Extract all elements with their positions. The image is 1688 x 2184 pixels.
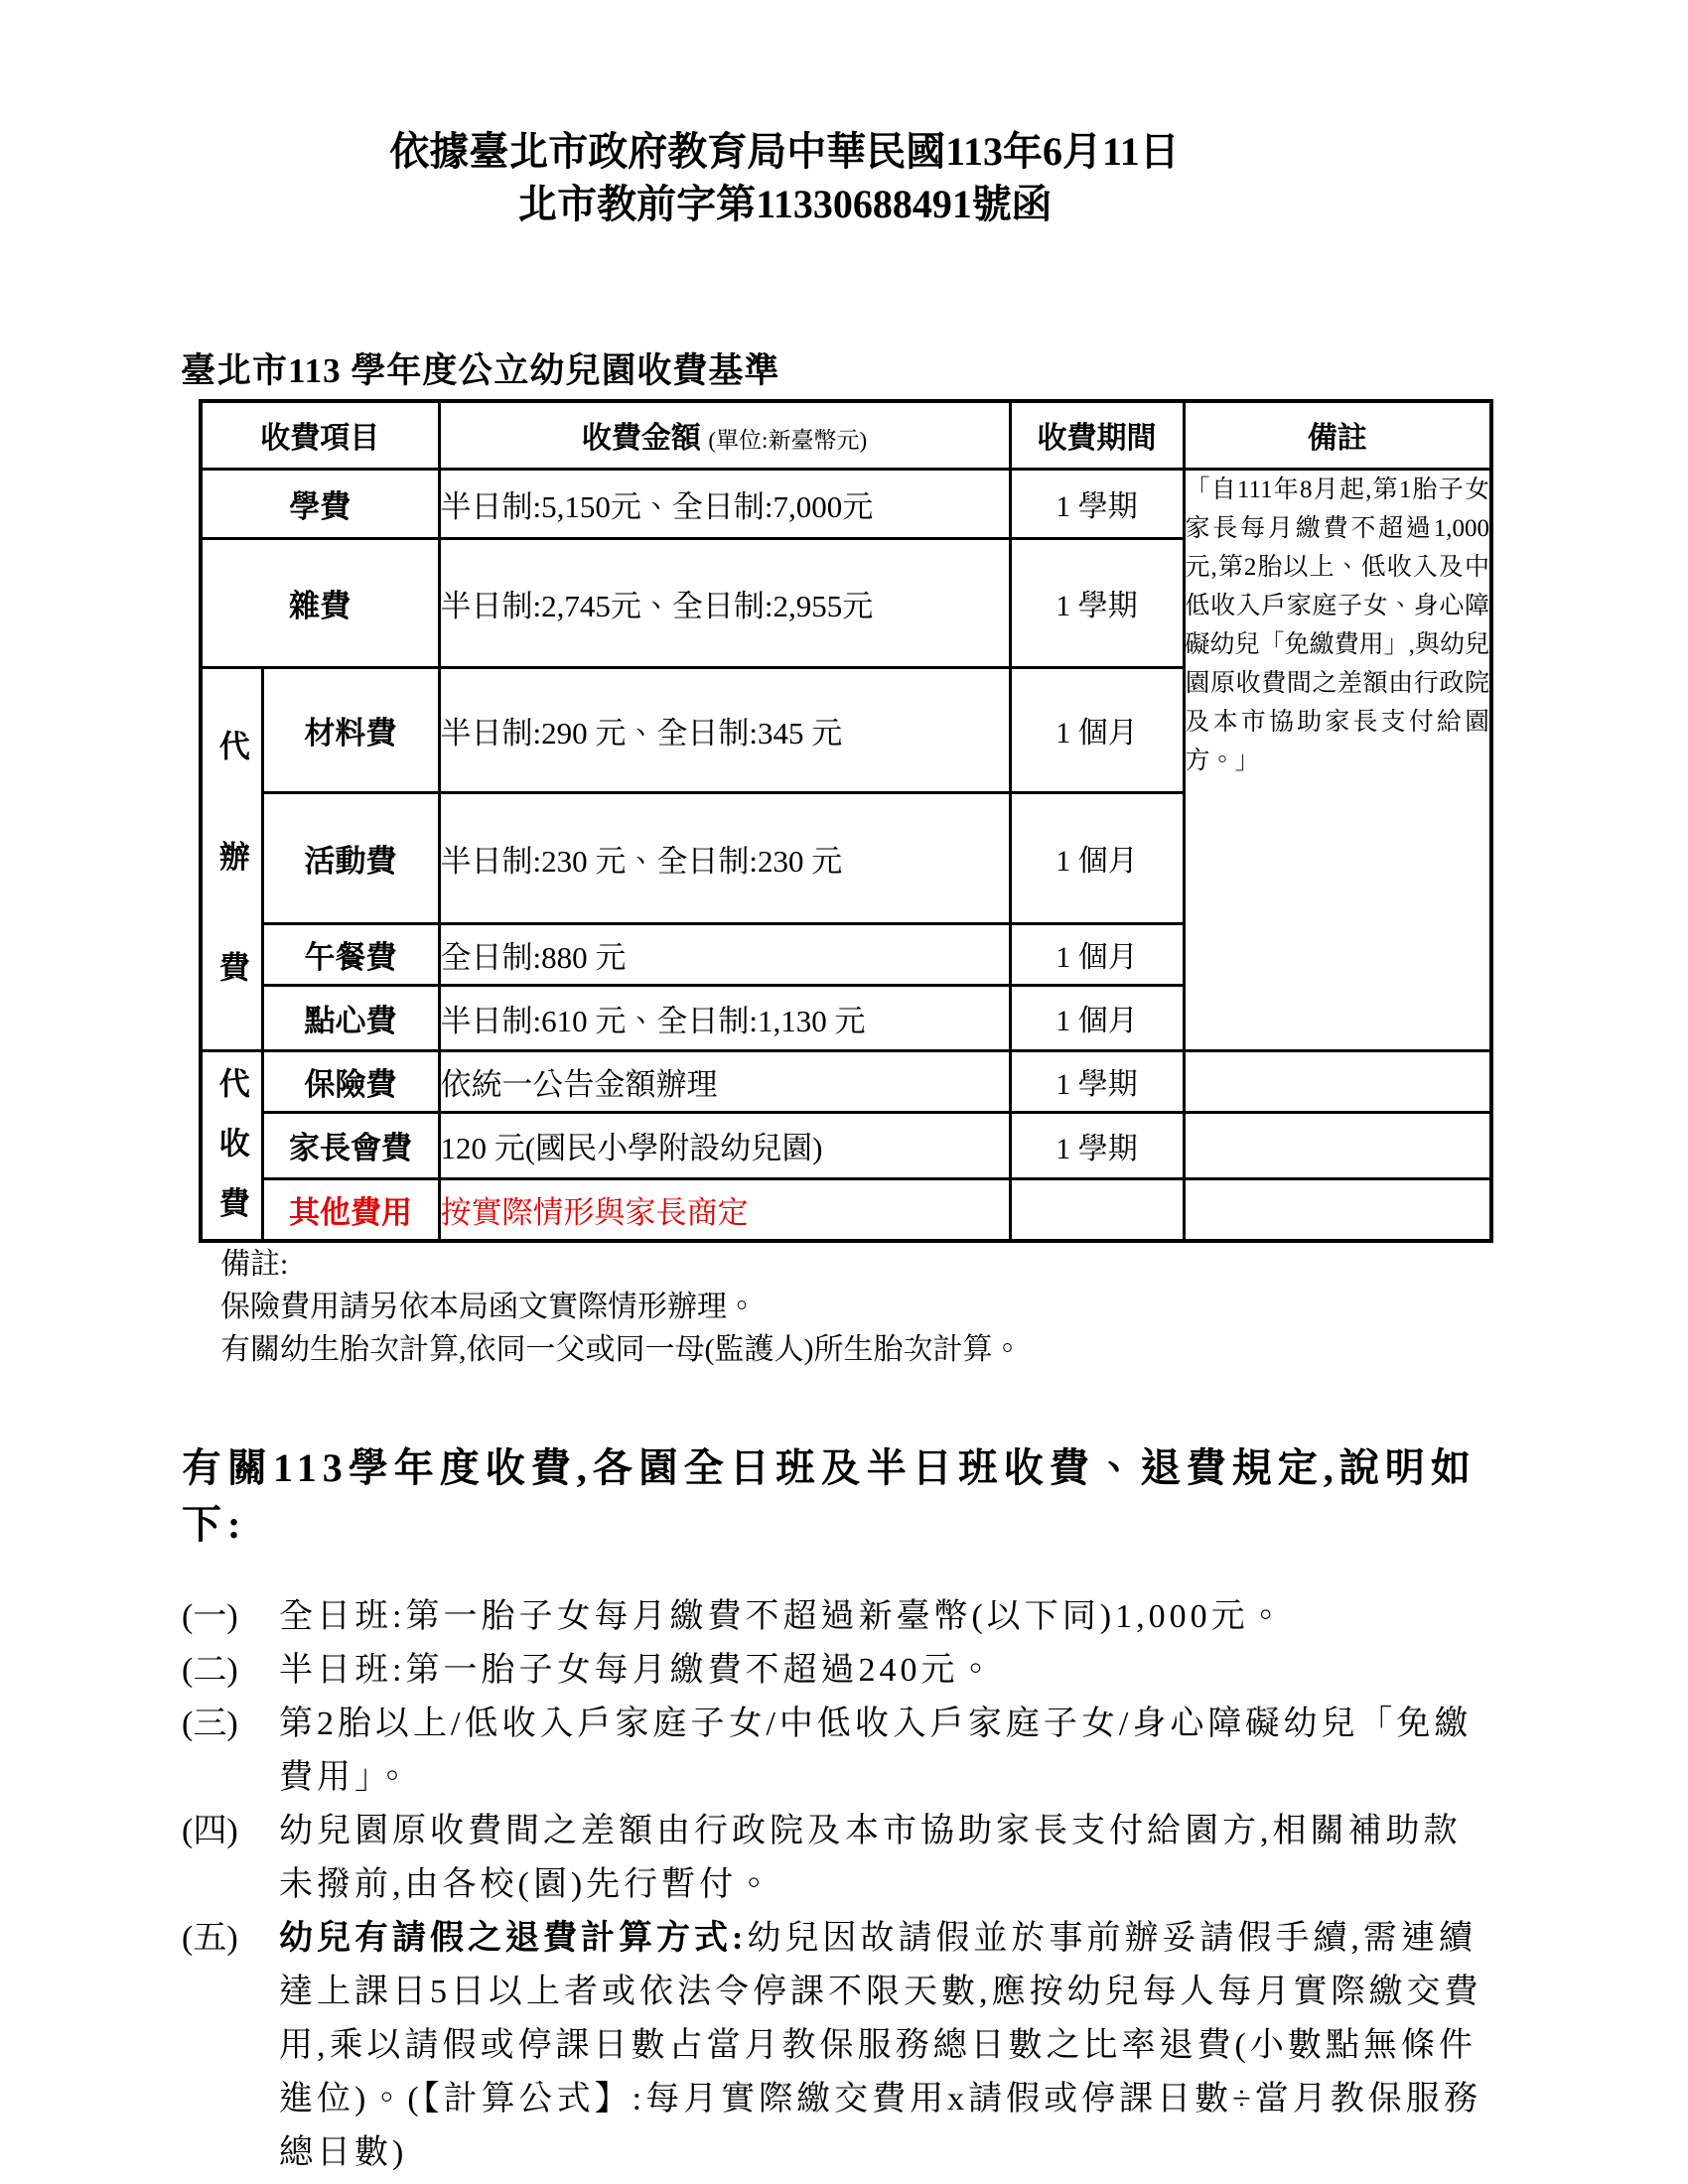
fee-amount: 120 元(國民小學附設幼兒園) — [439, 1112, 1010, 1178]
list-item-marker: (一) — [182, 1590, 279, 1644]
fee-amount: 半日制:290 元、全日制:345 元 — [439, 667, 1010, 792]
fee-item-label: 其他費用 — [262, 1178, 439, 1241]
regulations-list: (一) 全日班:第一胎子女每月繳費不超過新臺幣(以下同)1,000元。 (二) … — [182, 1590, 1489, 2180]
fee-item-label: 保險費 — [262, 1050, 439, 1112]
col-header-note: 備註 — [1184, 401, 1491, 469]
list-item-body: 半日班:第一胎子女每月繳費不超過240元。 — [279, 1652, 996, 1689]
remark-empty-cell — [1184, 1178, 1491, 1241]
list-item: (一) 全日班:第一胎子女每月繳費不超過新臺幣(以下同)1,000元。 — [182, 1590, 1489, 1644]
fee-period: 1 個月 — [1010, 792, 1184, 923]
regulations-heading: 有關113學年度收費,各園全日班及半日班收費、退費規定,說明如 下: — [182, 1439, 1489, 1553]
list-item-marker: (五) — [182, 1912, 279, 2180]
fee-amount: 半日制:230 元、全日制:230 元 — [439, 792, 1010, 923]
fee-period — [1010, 1178, 1184, 1241]
fee-amount: 依統一公告金額辦理 — [439, 1050, 1010, 1112]
list-item-text: 半日班:第一胎子女每月繳費不超過240元。 — [279, 1644, 1489, 1698]
list-item-lead: 幼兒有請假之退費計算方式: — [279, 1920, 747, 1957]
group-label-collected-on-behalf: 代收費 — [201, 1050, 262, 1241]
list-item: (四) 幼兒園原收費間之差額由行政院及本市協助家長支付給園方,相關補助款未撥前,… — [182, 1805, 1489, 1912]
fee-item-label: 點心費 — [262, 985, 439, 1050]
list-item-text: 第2胎以上/低收入戶家庭子女/中低收入戶家庭子女/身心障礙幼兒「免繳費用」。 — [279, 1698, 1489, 1805]
fee-period: 1 學期 — [1010, 1112, 1184, 1178]
col-header-amount: 收費金額 (單位:新臺幣元) — [439, 401, 1010, 469]
list-item-body: 全日班:第一胎子女每月繳費不超過新臺幣(以下同)1,000元。 — [279, 1598, 1287, 1635]
regulations-heading-line2: 下: — [182, 1496, 1489, 1553]
fee-item-label: 學費 — [201, 469, 439, 538]
fee-item-label: 雜費 — [201, 538, 439, 667]
footnote-title: 備註: — [220, 1243, 1022, 1286]
fee-amount: 全日制:880 元 — [439, 923, 1010, 985]
document-title: 依據臺北市政府教育局中華民國113年6月11日 北市教前字第1133068849… — [149, 125, 1420, 230]
list-item-marker: (三) — [182, 1698, 279, 1805]
group-label-agency-handled-text: 代辦費 — [216, 730, 247, 1050]
fee-item-label: 午餐費 — [262, 923, 439, 985]
remark-cell: 「自111年8月起,第1胎子女家長每月繳費不超過1,000元,第2胎以上、低收入… — [1184, 469, 1491, 1050]
fee-item-label: 材料費 — [262, 667, 439, 792]
document-title-line2: 北市教前字第11330688491號函 — [149, 178, 1420, 230]
list-item: (五) 幼兒有請假之退費計算方式:幼兒因故請假並於事前辦妥請假手續,需連續達上課… — [182, 1912, 1489, 2180]
col-header-amount-unit: (單位:新臺幣元) — [708, 428, 867, 453]
fee-item-label: 活動費 — [262, 792, 439, 923]
table-header-row: 收費項目 收費金額 (單位:新臺幣元) 收費期間 備註 — [201, 401, 1491, 469]
fee-period: 1 學期 — [1010, 469, 1184, 538]
fee-amount: 半日制:2,745元、全日制:2,955元 — [439, 538, 1010, 667]
col-header-period: 收費期間 — [1010, 401, 1184, 469]
remark-empty-cell — [1184, 1112, 1491, 1178]
group-label-collected-on-behalf-text: 代收費 — [216, 1067, 247, 1241]
list-item-marker: (二) — [182, 1644, 279, 1698]
fee-amount: 半日制:5,150元、全日制:7,000元 — [439, 469, 1010, 538]
fee-table-heading: 臺北市113 學年度公立幼兒園收費基準 — [181, 343, 779, 393]
group-label-agency-handled: 代辦費 — [201, 667, 262, 1050]
table-row-other-fees: 其他費用 按實際情形與家長商定 — [201, 1178, 1491, 1241]
remark-empty-cell — [1184, 1050, 1491, 1112]
list-item-text: 全日班:第一胎子女每月繳費不超過新臺幣(以下同)1,000元。 — [279, 1590, 1489, 1644]
col-header-amount-label: 收費金額 — [582, 422, 701, 455]
fee-period: 1 個月 — [1010, 667, 1184, 792]
fee-period: 1 個月 — [1010, 985, 1184, 1050]
list-item-marker: (四) — [182, 1805, 279, 1912]
list-item: (三) 第2胎以上/低收入戶家庭子女/中低收入戶家庭子女/身心障礙幼兒「免繳費用… — [182, 1698, 1489, 1805]
table-footnotes: 備註: 保險費用請另依本局函文實際情形辦理。 有關幼生胎次計算,依同一父或同一母… — [220, 1243, 1022, 1371]
fee-table: 收費項目 收費金額 (單位:新臺幣元) 收費期間 備註 學費 半日制:5,150… — [199, 399, 1493, 1243]
footnote-birth-order: 有關幼生胎次計算,依同一父或同一母(監護人)所生胎次計算。 — [220, 1328, 1022, 1371]
regulations-section: 有關113學年度收費,各園全日班及半日班收費、退費規定,說明如 下: (一) 全… — [182, 1439, 1489, 2180]
list-item-body: 幼兒園原收費間之差額由行政院及本市協助家長支付給園方,相關補助款未撥前,由各校(… — [279, 1813, 1462, 1903]
fee-period: 1 學期 — [1010, 1050, 1184, 1112]
list-item-text: 幼兒園原收費間之差額由行政院及本市協助家長支付給園方,相關補助款未撥前,由各校(… — [279, 1805, 1489, 1912]
fee-period: 1 個月 — [1010, 923, 1184, 985]
list-item-body: 第2胎以上/低收入戶家庭子女/中低收入戶家庭子女/身心障礙幼兒「免繳費用」。 — [279, 1706, 1472, 1796]
fee-amount: 按實際情形與家長商定 — [439, 1178, 1010, 1241]
document-title-line1: 依據臺北市政府教育局中華民國113年6月11日 — [149, 125, 1420, 178]
regulations-heading-line1: 有關113學年度收費,各園全日班及半日班收費、退費規定,說明如 — [182, 1439, 1489, 1496]
fee-item-label: 家長會費 — [262, 1112, 439, 1178]
table-row-tuition: 學費 半日制:5,150元、全日制:7,000元 1 學期 「自111年8月起,… — [201, 469, 1491, 538]
col-header-item: 收費項目 — [201, 401, 439, 469]
table-row-parents-association: 家長會費 120 元(國民小學附設幼兒園) 1 學期 — [201, 1112, 1491, 1178]
fee-amount: 半日制:610 元、全日制:1,130 元 — [439, 985, 1010, 1050]
list-item-text: 幼兒有請假之退費計算方式:幼兒因故請假並於事前辦妥請假手續,需連續達上課日5日以… — [279, 1912, 1489, 2180]
list-item: (二) 半日班:第一胎子女每月繳費不超過240元。 — [182, 1644, 1489, 1698]
footnote-insurance: 保險費用請另依本局函文實際情形辦理。 — [220, 1286, 1022, 1328]
fee-period: 1 學期 — [1010, 538, 1184, 667]
table-row-insurance: 代收費 保險費 依統一公告金額辦理 1 學期 — [201, 1050, 1491, 1112]
list-item-body: 幼兒因故請假並於事前辦妥請假手續,需連續達上課日5日以上者或依法令停課不限天數,… — [279, 1920, 1482, 2171]
